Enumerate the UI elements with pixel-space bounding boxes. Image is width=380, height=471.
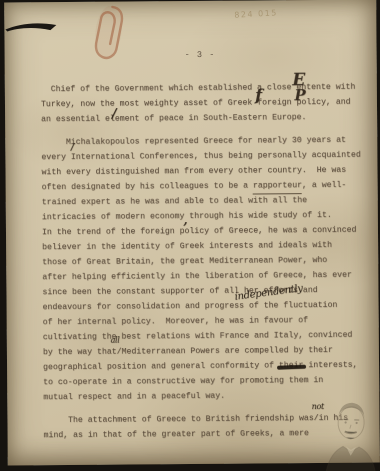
typed-text-segment: rapporteur bbox=[253, 178, 302, 194]
typed-text-segment: intricacies of modern economy bbox=[42, 209, 185, 225]
typed-text-segment: policyP bbox=[296, 95, 326, 110]
typed-text-segment: ententeE bbox=[296, 80, 331, 95]
scanned-document-page: { "page": { "page_number": "- 3 -", "sta… bbox=[0, 0, 380, 471]
typed-text-segment: their bbox=[279, 358, 304, 373]
typed-text-segment: with bbox=[331, 80, 356, 95]
typed-text-segment: by the way that bbox=[43, 345, 117, 361]
typed-text-segment: foreignf bbox=[257, 95, 292, 110]
typed-text-segment: mutual respect and in a peaceful way. bbox=[43, 389, 225, 405]
typed-line: endeavours for consolidation and progres… bbox=[43, 298, 373, 316]
typed-line: Turkey, now the most weighty asset of Gr… bbox=[41, 95, 371, 113]
archive-stamp: 824 015 bbox=[234, 8, 278, 20]
page-number: - 3 - bbox=[185, 50, 216, 60]
typed-text-segment: through his wide study of it., bbox=[184, 208, 332, 224]
paperclip-rust-mark bbox=[85, 0, 132, 66]
typed-text-segment: every bbox=[41, 150, 71, 165]
typed-text-segment: , and bbox=[326, 95, 351, 110]
typed-text-segment: /Mediterranean Powers are compelled by t… bbox=[117, 343, 333, 360]
typed-text-segment: /in hisnot bbox=[314, 411, 349, 426]
typed-text-segment: often designated by his colleagues to be… bbox=[42, 179, 253, 196]
typed-text-segment: ement/ bbox=[115, 111, 140, 126]
typed-text-segment: to co-operate in a constructive way for … bbox=[43, 373, 323, 390]
typed-text-segment: an essential el bbox=[41, 112, 115, 128]
typed-text-segment: mind, as in that of the greater part of … bbox=[44, 426, 309, 443]
typed-line: an essential element/ of peace in South-… bbox=[41, 110, 371, 128]
typed-text-block: Chief of the Government which establishe… bbox=[41, 80, 374, 444]
typed-line: The attachment of Greece to British frie… bbox=[43, 411, 373, 429]
typed-line: mind, as in that of the greater part of … bbox=[44, 426, 374, 444]
typed-text-segment: of the fluctuationindependently bbox=[249, 298, 338, 314]
ink-dash-mark bbox=[4, 18, 62, 36]
handwritten-annotation: not bbox=[312, 403, 324, 411]
typed-text-segment: International/ bbox=[71, 149, 135, 165]
typed-text-segment: of peace in South-Eastern Europe. bbox=[139, 110, 306, 126]
paper-sheet: 824 015 - 3 - Chief of the Government wh… bbox=[4, 0, 380, 465]
typed-text-segment: Turkey, now the most weighty asset of Gr… bbox=[41, 95, 257, 112]
typed-line: geographical position and general confor… bbox=[43, 358, 373, 376]
typed-text-segment: , a well- bbox=[302, 178, 346, 193]
typed-line: often designated by his colleagues to be… bbox=[42, 178, 372, 196]
typed-text-segment: endeavours for consolidation and progres… bbox=[43, 299, 249, 316]
typed-line: after helping efficiently in the liberat… bbox=[42, 268, 372, 286]
typed-line: mutual respect and in a peaceful way. bbox=[43, 388, 373, 406]
typed-text-segment: interests, bbox=[303, 358, 357, 373]
typed-text-segment: Conferences, thus being personally acqua… bbox=[135, 148, 361, 165]
